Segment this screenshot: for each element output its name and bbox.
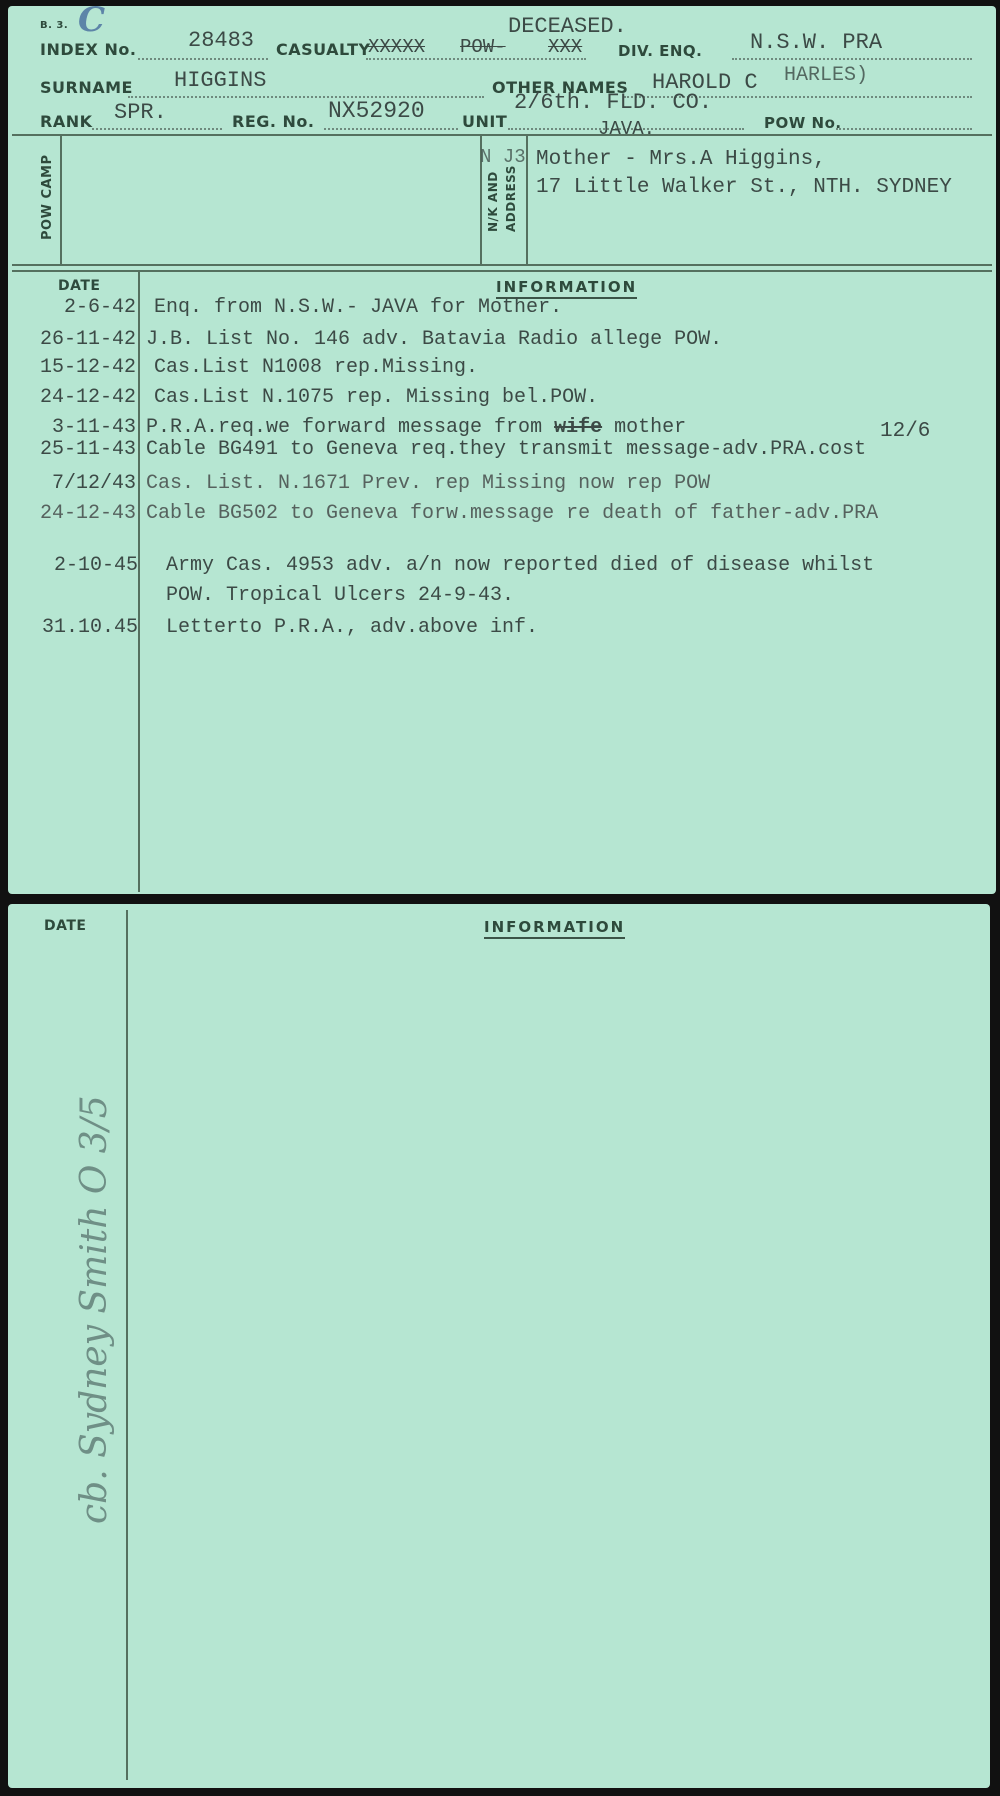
table-row: 7/12/43 Cas. List. N.1671 Prev. rep Miss… [8,472,996,502]
table-row: 26-11-42 J.B. List No. 146 adv. Batavia … [8,328,996,358]
entry-date: 24-12-43 [40,502,136,525]
entry-text: Letterto P.R.A., adv.above inf. [166,616,538,639]
table-divider-2 [12,270,992,272]
table-row: 24-12-42 Cas.List N.1075 rep. Missing be… [8,386,996,416]
entry-text: Army Cas. 4953 adv. a/n now reported die… [166,554,874,577]
back-date-column-divider [126,910,128,1780]
entry-text: J.B. List No. 146 adv. Batavia Radio all… [146,328,722,351]
table-row: 2-10-45 Army Cas. 4953 adv. a/n now repo… [8,554,996,614]
table-row: 2-6-42 Enq. from N.S.W.- JAVA for Mother… [8,296,996,326]
table-row: 31.10.45 Letterto P.R.A., adv.above inf. [8,616,996,646]
table-divider-1 [12,264,992,266]
casualty-label: CASUALTY [276,40,371,59]
pow-camp-label: POW CAMP [40,154,55,240]
casualty-value: DECEASED. [508,14,627,39]
table-row: 15-12-42 Cas.List N1008 rep.Missing. [8,356,996,386]
pow-camp-divider [60,136,62,264]
entry-date: 25-11-43 [40,438,136,461]
reg-no-value: NX52920 [328,98,425,124]
table-row: 24-12-43 Cable BG502 to Geneva forw.mess… [8,502,996,532]
casualty-line [366,58,586,60]
entry-text: P.R.A.req.we forward message from wife m… [146,416,686,439]
entry-date: 31.10.45 [42,616,138,639]
pow-camp-field [64,138,476,262]
nk-divider-right [526,136,528,264]
casualty-struck-2: POW- [460,36,506,58]
pow-no-label: POW No. [764,114,842,132]
entry-text: Cable BG491 to Geneva req.they transmit … [146,438,866,461]
rank-label: RANK [40,112,93,131]
entry-text: Cas.List N1008 rep.Missing. [154,356,478,379]
entry-text: Cable BG502 to Geneva forw.message re de… [146,502,878,525]
entry-text: Cas. List. N.1671 Prev. rep Missing now … [146,472,710,495]
surname-value: HIGGINS [174,68,266,93]
div-enq-label: DIV. ENQ. [618,42,702,60]
index-no-line [138,58,268,60]
surname-label: SURNAME [40,78,133,97]
entry-date: 7/12/43 [52,472,136,495]
pow-no-line [836,128,972,130]
nk-label-line1: N/K AND [486,171,500,232]
index-card-front: B. 3. C INDEX No. 28483 CASUALTY XXXXX P… [8,6,996,894]
other-names-added: HARLES) [784,64,868,87]
entry-date: 2-10-45 [54,554,138,577]
unit-value: 2/6th. FLD. CO. [514,90,712,115]
nk-address-line1: Mother - Mrs.A Higgins, [536,148,826,171]
date-header: DATE [58,278,100,294]
entry-text-line2: POW. Tropical Ulcers 24-9-43. [166,584,514,607]
unit-label: UNIT [462,112,507,131]
handwritten-note: cb. Sydney Smith O 3/5 [74,1095,115,1524]
reg-no-label: REG. No. [232,112,315,131]
header-divider [12,134,992,136]
rank-value: SPR. [114,100,167,125]
table-row: 25-11-43 Cable BG491 to Geneva req.they … [8,438,996,468]
entry-date: 2-6-42 [64,296,136,319]
entry-text-post: mother [602,416,686,439]
entry-text: Cas.List N.1075 rep. Missing bel.POW. [154,386,598,409]
entry-date: 3-11-43 [52,416,136,439]
div-enq-value: N.S.W. PRA [750,30,882,55]
form-code: B. 3. [40,20,68,31]
nk-label-line2: ADDRESS [504,165,518,232]
rank-line [92,128,222,130]
entry-date: 15-12-42 [40,356,136,379]
nk-address-line2: 17 Little Walker St., NTH. SYDNEY [536,176,952,199]
div-enq-line [732,58,972,60]
back-date-header: DATE [44,918,86,934]
index-card-back: DATE INFORMATION cb. Sydney Smith O 3/5 [8,904,990,1788]
entry-date: 26-11-42 [40,328,136,351]
handwritten-mark: C [78,0,105,40]
reg-no-line [324,128,458,130]
entry-text-pre: P.R.A.req.we forward message from [146,416,554,439]
casualty-struck-1: XXXXX [368,36,425,58]
entry-date: 24-12-42 [40,386,136,409]
entry-text: Enq. from N.S.W.- JAVA for Mother. [154,296,562,319]
entry-text-struck: wife [554,416,602,439]
unit-value-line2: JAVA. [598,118,655,140]
back-information-header: INFORMATION [484,918,625,939]
surname-line [128,96,484,98]
index-no-value: 28483 [188,28,254,53]
casualty-struck-3: XXX [548,36,582,58]
nk-code: N J3 [480,146,526,168]
index-no-label: INDEX No. [40,40,136,59]
